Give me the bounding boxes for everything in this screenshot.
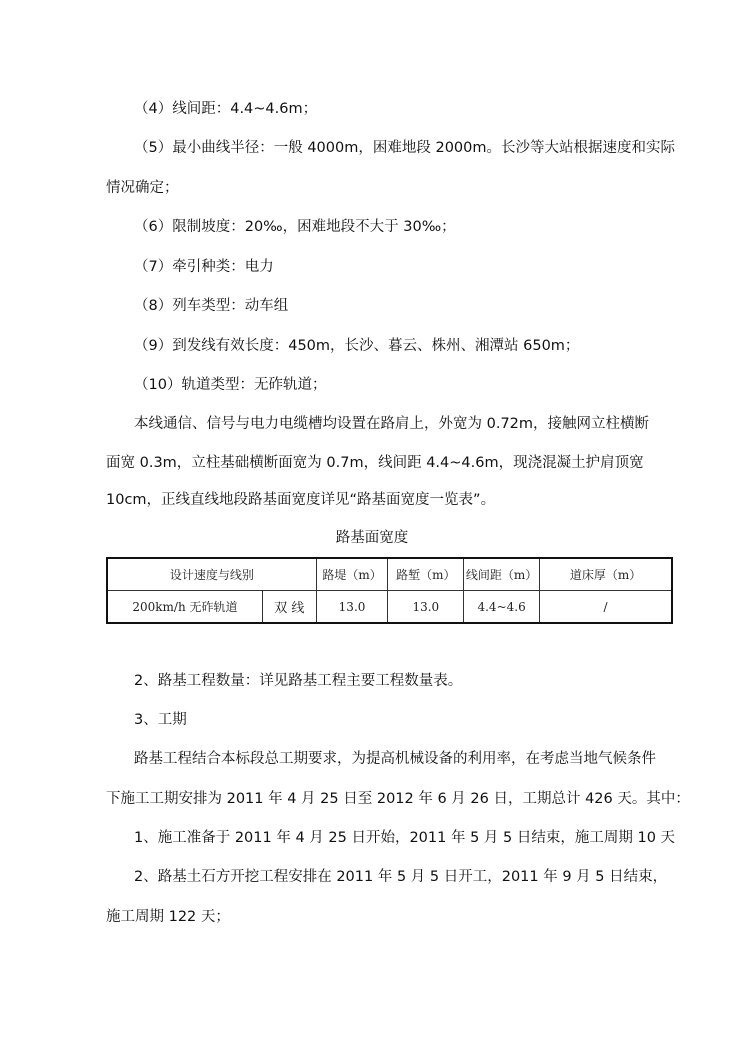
header-cutting: 路堑（m） (388, 558, 464, 591)
spec-min-curve-radius-cont: 情况确定； (106, 178, 179, 198)
section-2-quantities: 2、路基工程数量：详见路基工程主要工程数量表。 (134, 671, 462, 691)
cell-line-spacing: 4.4~4.6 (464, 591, 540, 624)
spec-train-type: （8）列车类型：动车组 (134, 296, 288, 316)
schedule-item-2: 2、路基土石方开挖工程安排在 2011 年 5 月 5 日开工，2011 年 9… (134, 867, 667, 887)
header-line-spacing: 线间距（m） (464, 558, 540, 591)
header-design-speed: 设计速度与线别 (107, 558, 316, 591)
paragraph-cable-trough-3: 10cm，正线直线地段路基面宽度详见“路基面宽度一览表”。 (106, 490, 495, 510)
cell-line-type: 双 线 (262, 591, 316, 624)
header-embankment: 路堤（m） (316, 558, 388, 591)
table-row: 200km/h 无砟轨道 双 线 13.0 13.0 4.4~4.6 / (107, 591, 672, 624)
spec-traction-type: （7）牵引种类：电力 (134, 257, 274, 277)
cell-cutting: 13.0 (388, 591, 464, 624)
section-3-paragraph-1: 路基工程结合本标段总工期要求，为提高机械设备的利用率，在考虑当地气候条件 (134, 749, 656, 769)
section-3-paragraph-2: 下施工工期安排为 2011 年 4 月 25 日至 2012 年 6 月 26 … (106, 789, 690, 809)
spec-track-type: （10）轨道类型：无砟轨道； (134, 375, 326, 395)
paragraph-cable-trough-1: 本线通信、信号与电力电缆槽均设置在路肩上，外宽为 0.72m，接触网立柱横断 (134, 414, 649, 434)
spec-limit-gradient: （6）限制坡度：20‰，困难地段不大于 30‰； (134, 217, 456, 237)
section-3-title: 3、工期 (134, 710, 187, 730)
table-caption: 路基面宽度 (0, 528, 744, 548)
paragraph-cable-trough-2: 面宽 0.3m，立柱基础横断面宽为 0.7m，线间距 4.4~4.6m，现浇混凝… (106, 453, 644, 473)
subgrade-width-table: 设计速度与线别 路堤（m） 路堑（m） 线间距（m） 道床厚（m） 200km/… (106, 557, 673, 624)
schedule-item-1: 1、施工准备于 2011 年 4 月 25 日开始，2011 年 5 月 5 日… (134, 828, 675, 848)
cell-embankment: 13.0 (316, 591, 388, 624)
cell-speed-track: 200km/h 无砟轨道 (107, 591, 262, 624)
schedule-item-2-cont: 施工周期 122 天； (106, 907, 230, 927)
cell-ballast-thickness: / (540, 591, 672, 624)
header-ballast-thickness: 道床厚（m） (540, 558, 672, 591)
spec-min-curve-radius: （5）最小曲线半径：一般 4000m，困难地段 2000m。长沙等大站根据速度和… (134, 138, 675, 158)
spec-line-distance: （4）线间距：4.4~4.6m； (134, 99, 317, 119)
spec-siding-length: （9）到发线有效长度：450m，长沙、暮云、株州、湘潭站 650m； (134, 336, 579, 356)
table-header-row: 设计速度与线别 路堤（m） 路堑（m） 线间距（m） 道床厚（m） (107, 558, 672, 591)
